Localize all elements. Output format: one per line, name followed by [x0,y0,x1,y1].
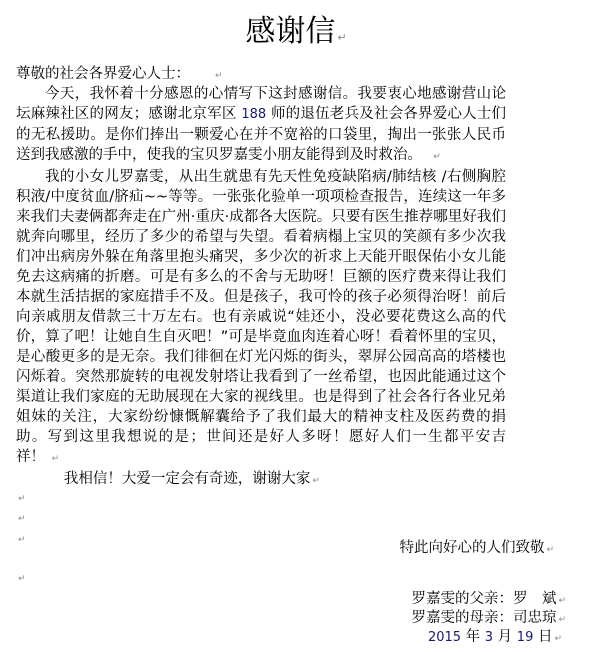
paragraph-mark-icon: ↵ [18,514,26,524]
date-day-unit: 日 [533,629,552,645]
letter-date: 2015 年 3 月 19 日↵ [428,627,562,649]
paragraph-belief: 我相信！大爱一定会有奇迹，谢谢大家↵ [16,469,506,491]
date-month-unit: 月 [493,629,517,645]
date-month: 3 [485,630,493,645]
paragraph-mark-icon: ↵ [18,494,26,504]
paragraph-mark-icon: ↵ [18,574,26,584]
salutation: 尊敬的社会各界爱心人士： ↵ [16,64,506,84]
paragraph-mark-icon: ↵ [52,454,60,464]
paragraph-mark-icon: ↵ [337,31,346,44]
paragraph-mark-icon: ↵ [558,596,566,606]
closing-line: 特此向好心的人们致敬↵ [399,538,554,560]
paragraph-text: 我的小女儿罗嘉雯，从出生就患有先天性免疫缺陷病/肺结核 /右侧胸腔积液/中度贫血… [16,169,506,465]
signature-mother-text: 罗嘉雯的母亲：司忠琼 [411,610,556,626]
date-day: 19 [517,630,534,645]
division-number: 188 [241,107,266,122]
paragraph-mark-icon: ↵ [312,476,320,486]
paragraph-mark-icon: ↵ [546,545,554,555]
paragraph-mark-icon: ↵ [433,152,441,162]
paragraph-mark-icon: ↵ [215,71,223,81]
empty-paragraph: ↵ [16,527,26,546]
paragraph-thanks: 今天，我怀着十分感恩的心情写下这封感谢信。我要衷心地感谢营山论坛麻辣社区的网友；… [16,84,506,167]
closing-text: 特此向好心的人们致敬 [399,540,544,556]
paragraph-mark-icon: ↵ [554,634,562,644]
letter-title-text: 感谢信 [245,14,335,49]
salutation-text: 尊敬的社会各界爱心人士： [16,66,190,82]
paragraph-text: 我相信！大爱一定会有奇迹，谢谢大家 [64,471,311,487]
empty-paragraph: ↵ [16,506,26,525]
date-year-unit: 年 [461,629,485,645]
signature-father-text: 罗嘉雯的父亲：罗 斌 [411,591,556,607]
paragraph-story: 我的小女儿罗嘉雯，从出生就患有先天性免疫缺陷病/肺结核 /右侧胸腔积液/中度贫血… [16,167,506,469]
paragraph-mark-icon: ↵ [558,615,566,625]
empty-paragraph: ↵ [16,566,26,585]
empty-paragraph: ↵ [16,486,26,505]
letter-title: 感谢信↵ [0,12,592,58]
letter-body[interactable]: 尊敬的社会各界爱心人士： ↵ 今天，我怀着十分感恩的心情写下这封感谢信。我要衷心… [16,64,506,491]
date-year: 2015 [428,630,461,645]
paragraph-mark-icon: ↵ [18,535,26,545]
